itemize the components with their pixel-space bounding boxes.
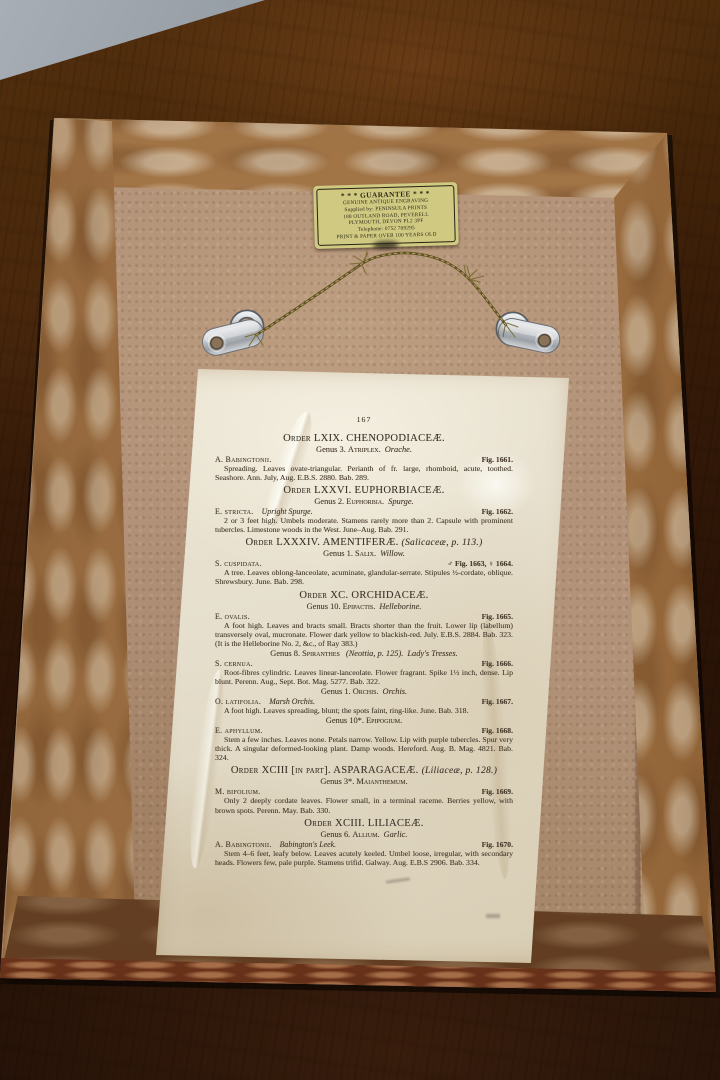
order-header: Order XC. ORCHIDACEÆ. [215,590,513,601]
species-description: Stem 4–6 feet, leafy below. Leaves acute… [215,849,513,867]
page-text-block: 167 Order LXIX. CHENOPODIACEÆ. Genus 3. … [215,415,513,868]
order-header: Order XCIII [in part]. ASPARAGACEÆ. (Lil… [215,765,513,776]
species-line: M. bifolium.Fig. 1669. [215,787,513,796]
species-description: A foot high. Leaves spreading, blunt; th… [215,706,513,715]
order-header: Order LXXVI. EUPHORBIACEÆ. [215,485,513,496]
species-line: E. ovalis.Fig. 1665. [215,612,513,621]
species-description: 2 or 3 feet high. Umbels moderate. Stame… [215,516,513,534]
species-description: Spreading. Leaves ovate-triangular. Peri… [215,464,513,482]
book-page: 167 Order LXIX. CHENOPODIACEÆ. Genus 3. … [156,369,570,963]
species-line: E. aphyllum.Fig. 1668. [215,726,513,735]
guarantee-label: * * * GUARANTEE * * * GENUINE ANTIQUE EN… [313,182,459,249]
figure-ref: Fig. 1665. [482,612,513,621]
order-header: Order LXXXIV. AMENTIFERÆ. (Salicaceæ, p.… [215,537,513,548]
figure-ref: Fig. 1666. [482,659,513,668]
framed-print-back-photo: * * * GUARANTEE * * * GENUINE ANTIQUE EN… [0,0,720,1080]
figure-ref: ♂ Fig. 1663, ♀ 1664. [447,559,513,568]
page-smudge [386,877,410,883]
d-ring-right [496,316,562,355]
page-number: 167 [215,415,513,424]
genus-line: Genus 10. Epipactis.Helleborine. [215,602,513,611]
genus-line: Genus 1. Orchis.Orchis. [215,687,513,696]
species-line: S. cernua.Fig. 1666. [215,659,513,668]
genus-line: Genus 6. Allium.Garlic. [215,830,513,839]
genus-line: Genus 1. Salix.Willow. [215,549,513,558]
figure-ref: Fig. 1669. [482,787,513,796]
figure-ref: Fig. 1670. [482,840,513,849]
species-line: A. Babingtonii.Babington's Leek.Fig. 167… [215,840,513,849]
figure-ref: Fig. 1661. [482,455,513,464]
species-description: Only 2 deeply cordate leaves. Flower sma… [215,796,513,814]
species-description: A tree. Leaves oblong-lanceolate, acumin… [215,568,513,586]
species-description: A foot high. Leaves and bracts small. Br… [215,621,513,648]
species-description: Root-fibres cylindric. Leaves linear-lan… [215,668,513,686]
order-header: Order LXIX. CHENOPODIACEÆ. [215,433,513,444]
species-line: E. stricta.Upright Spurge.Fig. 1662. [215,507,513,516]
figure-ref: Fig. 1668. [482,726,513,735]
genus-line: Genus 3*. Maianthemum. [215,777,513,786]
figure-ref: Fig. 1662. [482,507,513,516]
guarantee-label-border: * * * GUARANTEE * * * GENUINE ANTIQUE EN… [316,185,456,246]
species-line: S. cuspidata.♂ Fig. 1663, ♀ 1664. [215,559,513,568]
species-line: O. latifolia.Marsh Orchis.Fig. 1667. [215,697,513,706]
genus-line: Genus 2. Euphorbia.Spurge. [215,497,513,506]
genus-line: Genus 10*. Epipogium. [215,716,513,725]
genus-line: Genus 8. Spiranthes (Neottia, p. 125).La… [215,649,513,658]
genus-line: Genus 3. Atriplex.Orache. [215,445,513,454]
species-line: A. Babingtonii.Fig. 1661. [215,455,513,464]
order-header: Order XCIII. LILIACEÆ. [215,818,513,829]
figure-ref: Fig. 1667. [482,697,513,706]
species-description: Stem a few inches. Leaves none. Petals n… [215,735,513,762]
hanging-wire [245,251,518,346]
page-smudge [486,914,500,918]
